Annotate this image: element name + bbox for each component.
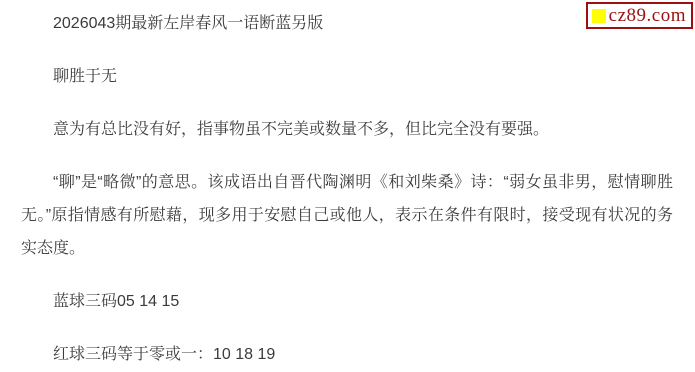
logo-text: cz89.com [609,6,686,25]
paragraph-blue-ball-numbers: 蓝球三码05 14 15 [21,285,673,318]
paragraph-origin: “聊”是“略微”的意思。该成语出自晋代陶渊明《和刘柴桑》诗：“弱女虽非男，慰情聊… [21,166,673,265]
paragraph-red-ball-numbers: 红球三码等于零或一：10 18 19 [21,338,673,371]
paragraph-idiom: 聊胜于无 [21,60,673,93]
logo-yellow-square-icon [592,9,606,23]
article-page: cz89.com 2026043期最新左岸春风一语断蓝另版 聊胜于无 意为有总比… [0,0,695,372]
article-title: 2026043期最新左岸春风一语断蓝另版 [21,7,673,40]
paragraph-meaning: 意为有总比没有好，指事物虽不完美或数量不多，但比完全没有要强。 [21,113,673,146]
site-logo[interactable]: cz89.com [586,2,693,29]
article-content: 2026043期最新左岸春风一语断蓝另版 聊胜于无 意为有总比没有好，指事物虽不… [0,0,695,371]
